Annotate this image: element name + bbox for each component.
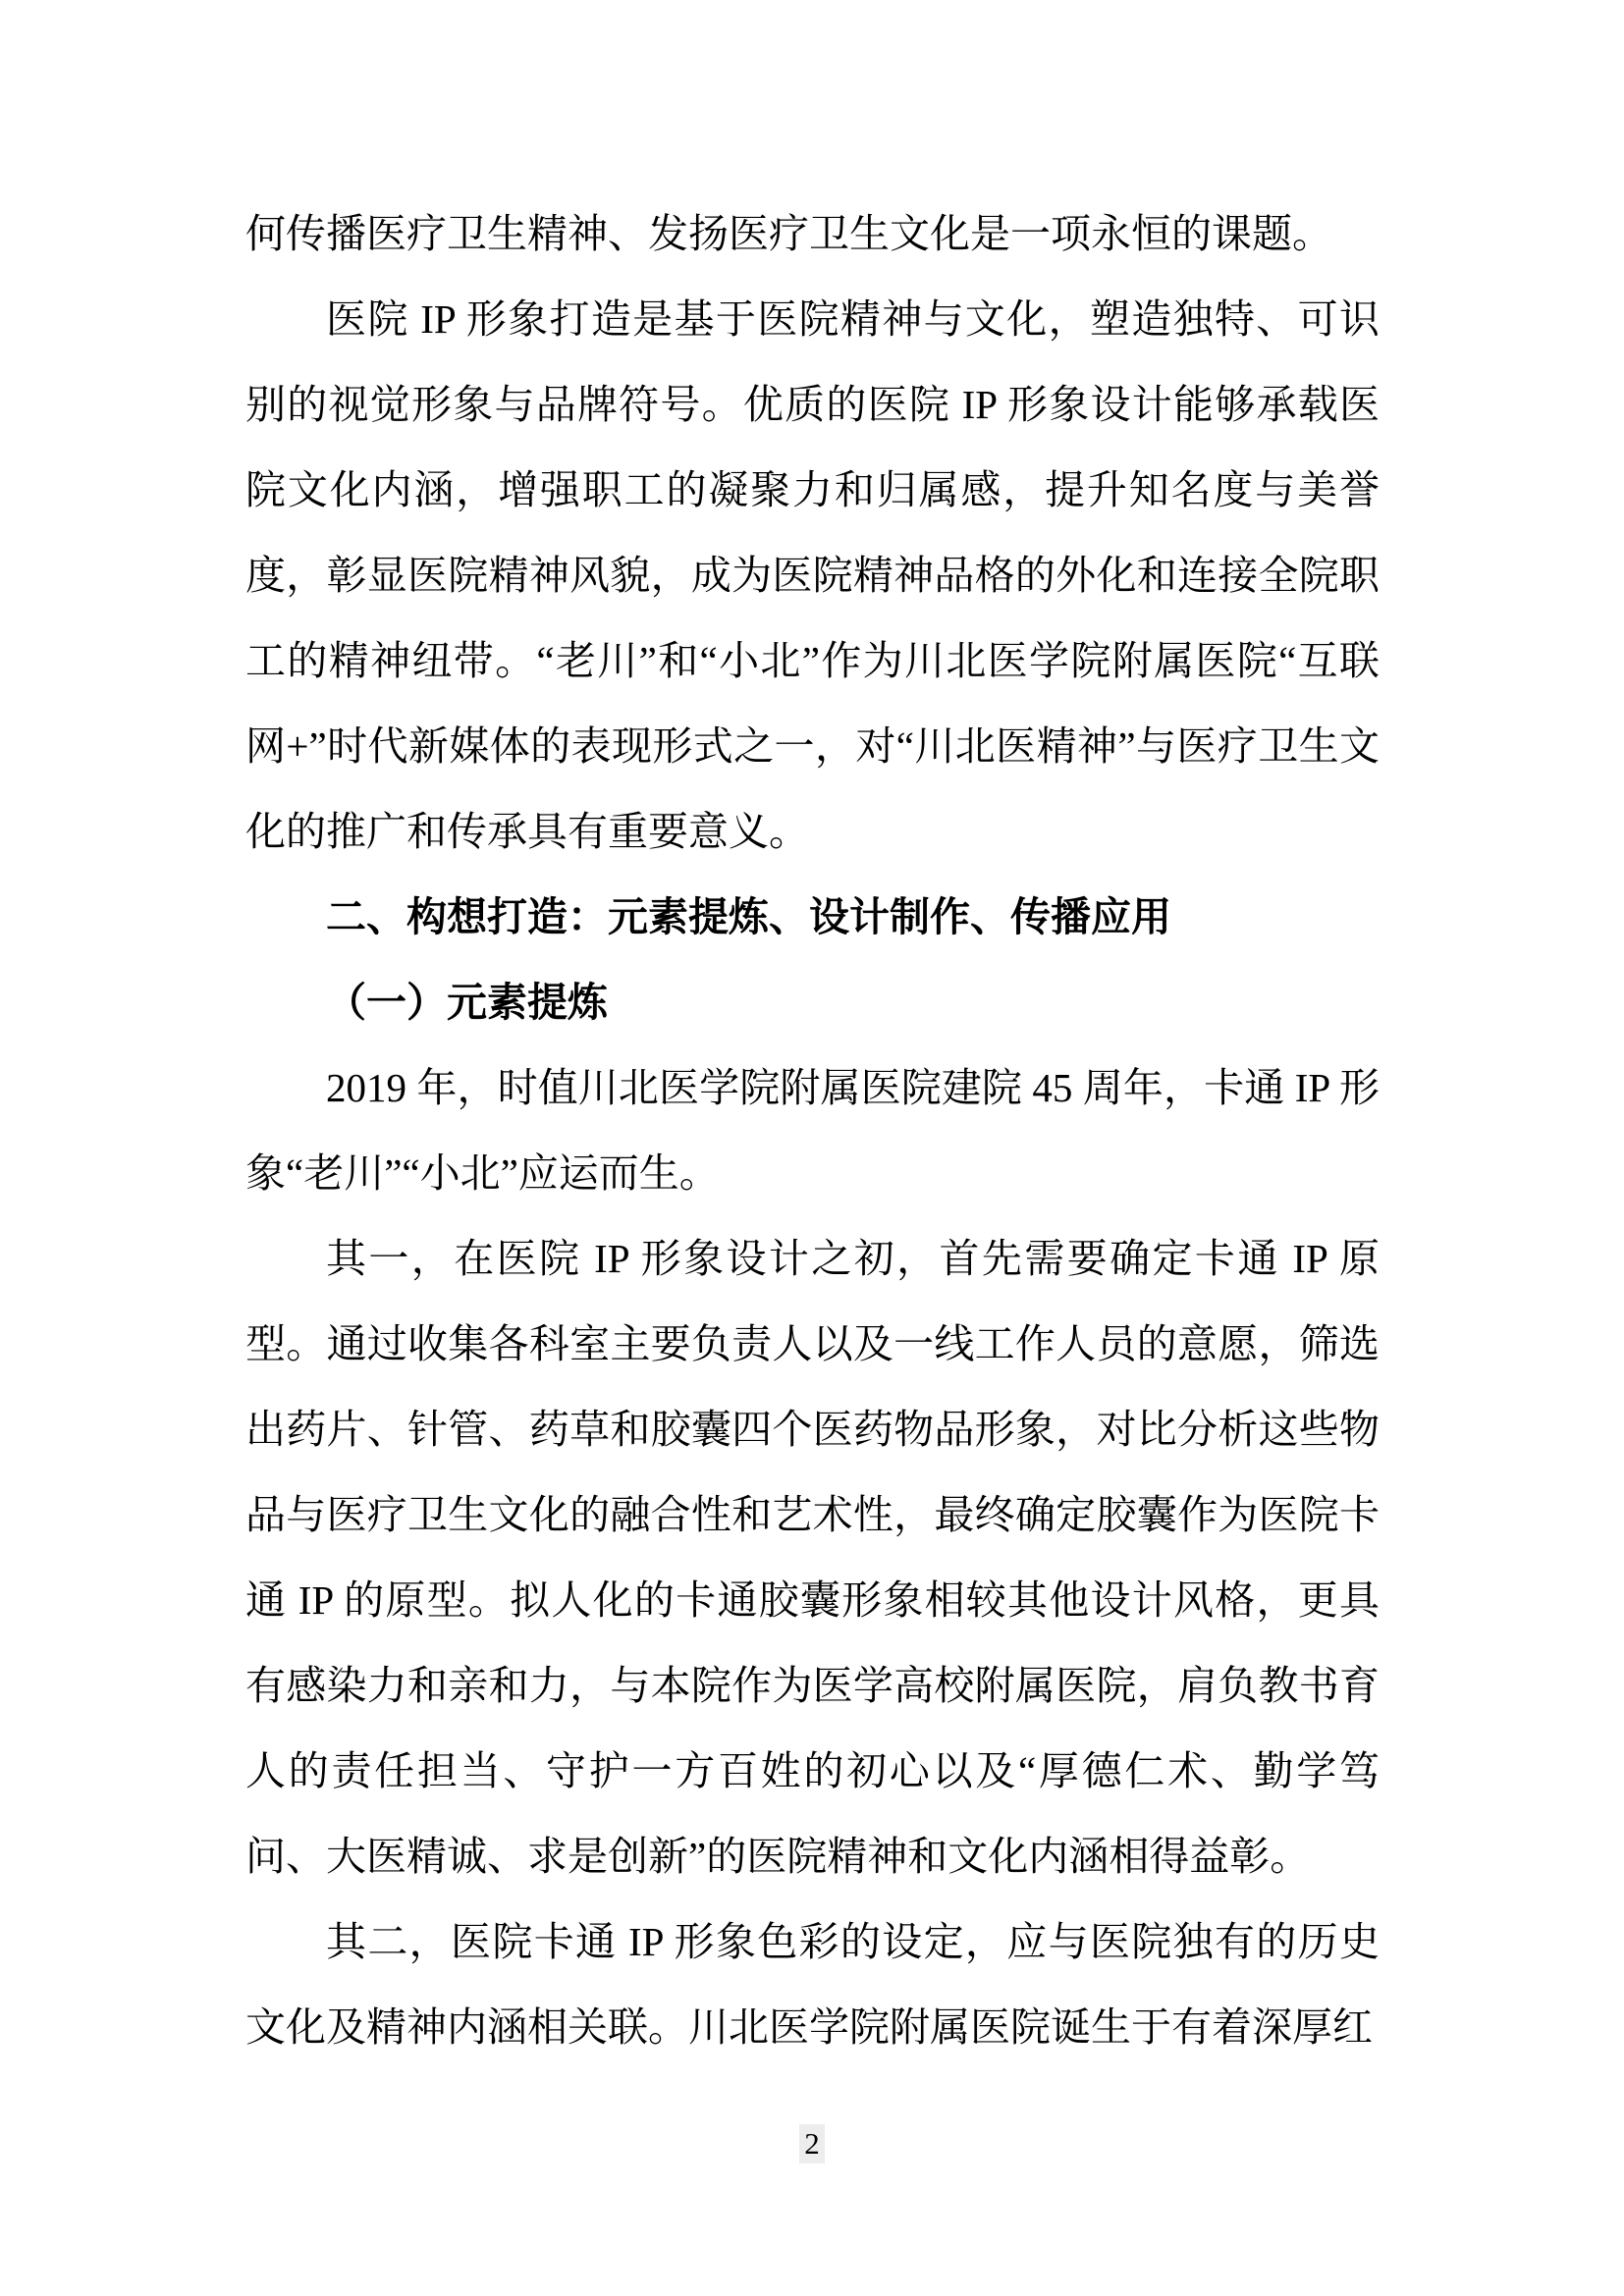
document-body: 何传播医疗卫生精神、发扬医疗卫生文化是一项永恒的课题。 医院 IP 形象打造是基… xyxy=(245,191,1380,2070)
paragraph-anniversary: 2019 年，时值川北医学院附属医院建院 45 周年，卡通 IP 形象“老川”“… xyxy=(245,1045,1380,1216)
paragraph-intro: 医院 IP 形象打造是基于医院精神与文化，塑造独特、可识别的视觉形象与品牌符号。… xyxy=(245,277,1380,875)
page-footer: 2 xyxy=(0,2124,1624,2163)
paragraph-first-point: 其一，在医院 IP 形象设计之初，首先需要确定卡通 IP 原型。通过收集各科室主… xyxy=(245,1216,1380,1899)
section-heading: 二、构想打造：元素提炼、设计制作、传播应用 xyxy=(245,875,1380,960)
paragraph-continuation: 何传播医疗卫生精神、发扬医疗卫生文化是一项永恒的课题。 xyxy=(245,191,1380,277)
subsection-heading: （一）元素提炼 xyxy=(245,960,1380,1045)
page-number: 2 xyxy=(799,2124,825,2163)
paragraph-second-point: 其二，医院卡通 IP 形象色彩的设定，应与医院独有的历史文化及精神内涵相关联。川… xyxy=(245,1899,1380,2070)
document-page: 何传播医疗卫生精神、发扬医疗卫生文化是一项永恒的课题。 医院 IP 形象打造是基… xyxy=(0,0,1624,2296)
